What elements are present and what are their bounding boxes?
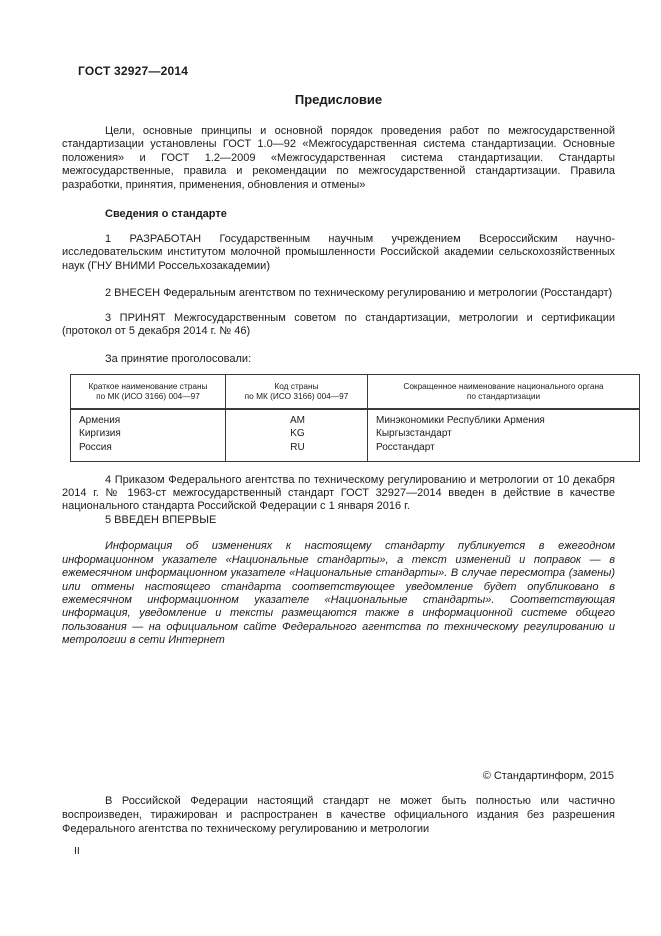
cell-org: Росстандарт — [368, 441, 640, 461]
standard-item-5: 5 ВВЕДЕН ВПЕРВЫЕ — [62, 514, 615, 527]
vote-table-header-country: Краткое наименование страны по МК (ИСО 3… — [71, 374, 226, 409]
table-row: Армения AM Минэкономики Республики Армен… — [71, 409, 640, 428]
cell-code: KG — [226, 427, 368, 441]
cell-country: Армения — [71, 409, 226, 428]
vote-table-header-row: Краткое наименование страны по МК (ИСО 3… — [71, 374, 640, 409]
vote-table-head: Краткое наименование страны по МК (ИСО 3… — [71, 374, 640, 409]
standard-item-1: 1 РАЗРАБОТАН Государственным научным учр… — [62, 233, 615, 273]
header-org-line1: Сокращенное наименование национального о… — [403, 381, 603, 391]
doc-code: ГОСТ 32927—2014 — [78, 64, 615, 78]
standard-item-4: 4 Приказом Федерального агентства по тех… — [62, 474, 615, 514]
vote-table: Краткое наименование страны по МК (ИСО 3… — [70, 374, 640, 462]
vote-table-header-org: Сокращенное наименование национального о… — [368, 374, 640, 409]
cell-country: Россия — [71, 441, 226, 461]
document-page: ГОСТ 32927—2014 Предисловие Цели, основн… — [0, 0, 661, 936]
table-row: Киргизия KG Кыргызстандарт — [71, 427, 640, 441]
page-content: ГОСТ 32927—2014 Предисловие Цели, основн… — [62, 64, 615, 648]
header-org-line2: по стандартизации — [467, 391, 540, 401]
header-country-line2: по МК (ИСО 3166) 004—97 — [96, 391, 200, 401]
table-row: Россия RU Росстандарт — [71, 441, 640, 461]
page-number: II — [74, 845, 80, 857]
header-code-line1: Код страны — [274, 381, 318, 391]
info-notice-paragraph: Информация об изменениях к настоящему ст… — [62, 540, 615, 647]
cell-org: Минэкономики Республики Армения — [368, 409, 640, 428]
cell-org: Кыргызстандарт — [368, 427, 640, 441]
header-country-line1: Краткое наименование страны — [88, 381, 207, 391]
standard-item-2: 2 ВНЕСЕН Федеральным агентством по техни… — [62, 287, 615, 300]
cell-code: AM — [226, 409, 368, 428]
restriction-paragraph: В Российской Федерации настоящий стандар… — [62, 794, 615, 837]
copyright-line: © Стандартинформ, 2015 — [483, 770, 614, 782]
intro-paragraph: Цели, основные принципы и основной поряд… — [62, 125, 615, 192]
standard-item-3: 3 ПРИНЯТ Межгосударственным советом по с… — [62, 312, 615, 339]
vote-table-header-code: Код страны по МК (ИСО 3166) 004—97 — [226, 374, 368, 409]
header-code-line2: по МК (ИСО 3166) 004—97 — [245, 391, 349, 401]
vote-intro-line: За принятие проголосовали: — [62, 353, 615, 366]
vote-table-body: Армения AM Минэкономики Республики Армен… — [71, 409, 640, 461]
cell-country: Киргизия — [71, 427, 226, 441]
section-heading: Сведения о стандарте — [62, 208, 615, 220]
page-title: Предисловие — [62, 92, 615, 107]
cell-code: RU — [226, 441, 368, 461]
